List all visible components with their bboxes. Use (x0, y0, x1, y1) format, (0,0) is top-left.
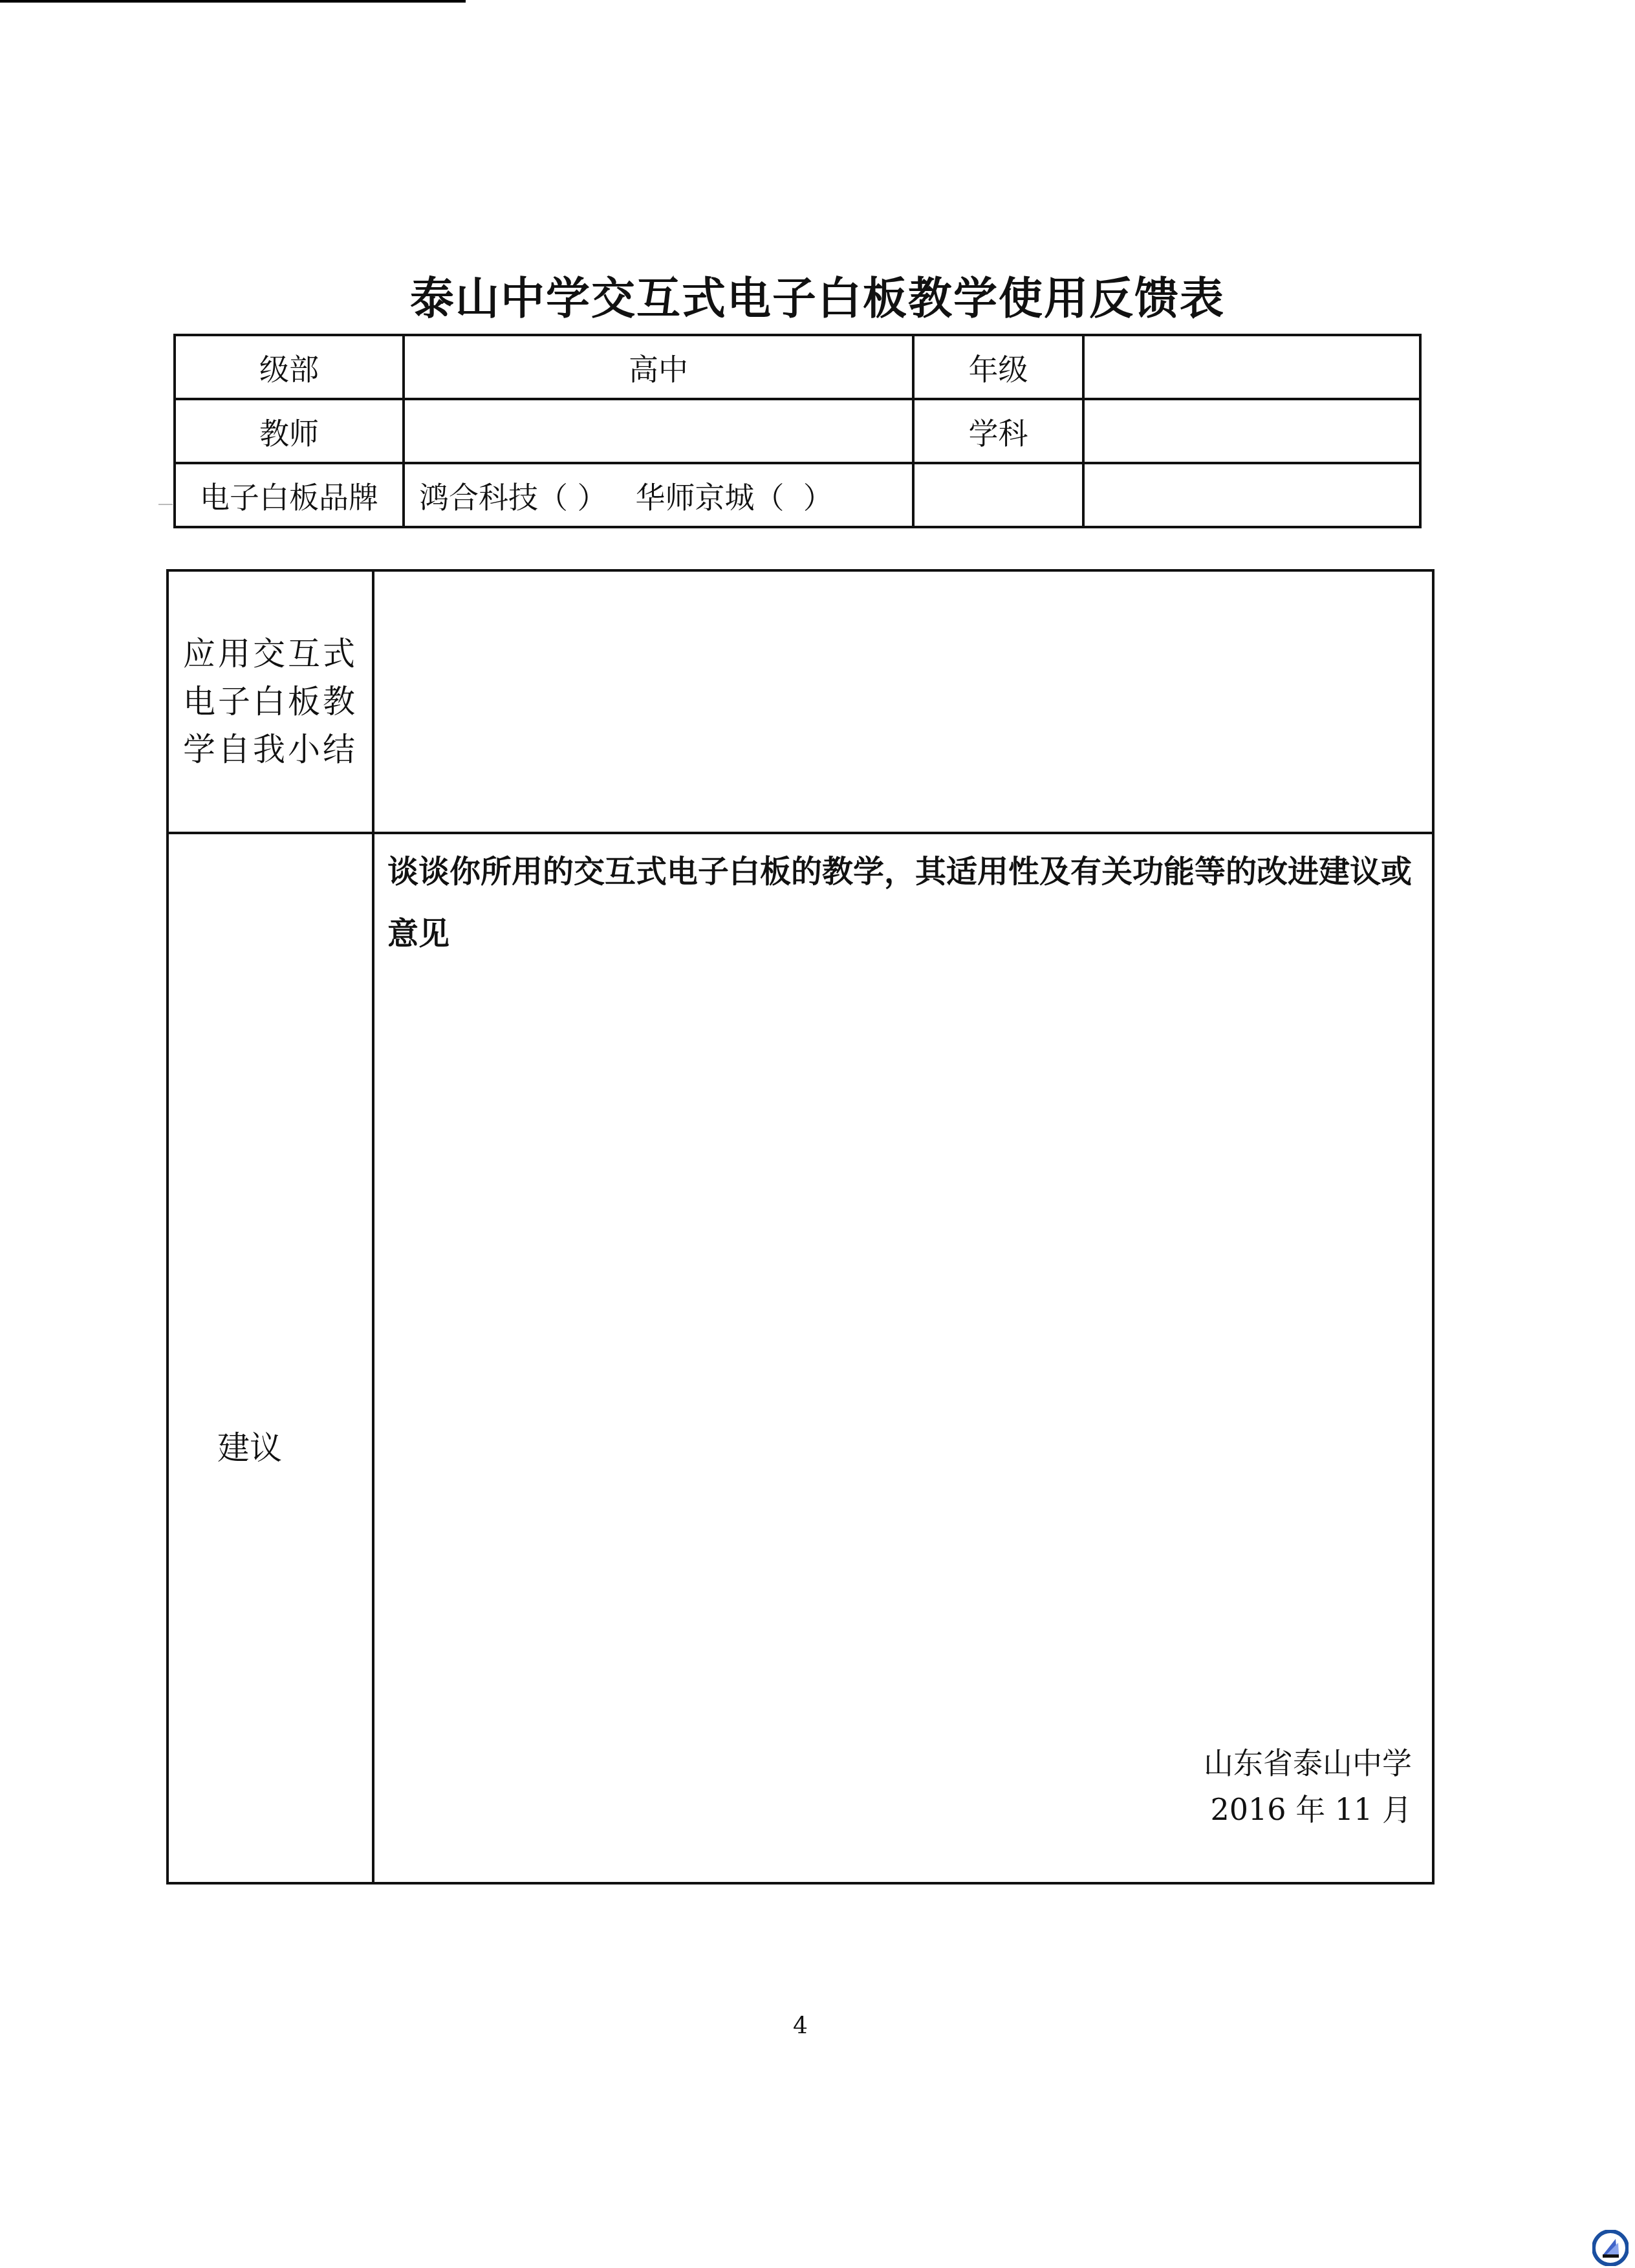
label-self-summary-line: 应用交互式 (183, 630, 372, 678)
page-number: 4 (793, 2013, 808, 2039)
empty-value-cell[interactable] (1083, 463, 1420, 527)
label-self-summary-line: 电子白板教 (183, 678, 372, 726)
feedback-table: 应用交互式 电子白板教 学自我小结 建议 谈谈你所用的交互式电子白板的教学，其适… (166, 569, 1435, 1885)
scan-edge-line (0, 0, 466, 3)
info-table: 级部 高中 年级 教师 学科 电子白板品牌 鸿合科技（ ） 华师京城（ ） (173, 334, 1422, 528)
label-whiteboard-brand: 电子白板品牌 (175, 463, 404, 527)
label-subject: 学科 (913, 399, 1083, 463)
value-subject[interactable] (1083, 399, 1420, 463)
label-grade: 年级 (913, 335, 1083, 399)
label-self-summary: 应用交互式 电子白板教 学自我小结 (168, 570, 373, 833)
value-grade-division[interactable]: 高中 (404, 335, 913, 399)
label-teacher: 教师 (175, 399, 404, 463)
suggestion-prompt[interactable]: 谈谈你所用的交互式电子白板的教学，其适用性及有关功能等的改进建议或意见 (373, 833, 1433, 1883)
label-self-summary-line: 学自我小结 (183, 726, 372, 773)
school-emblem-icon (1592, 2230, 1629, 2266)
footer-organization: 山东省泰山中学 (1204, 1740, 1412, 1786)
value-whiteboard-brand-options[interactable]: 鸿合科技（ ） 华师京城（ ） (404, 463, 913, 527)
label-grade-division: 级部 (175, 335, 404, 399)
table-row: 电子白板品牌 鸿合科技（ ） 华师京城（ ） (175, 463, 1420, 527)
document-title: 泰山中学交互式电子白板教学使用反馈表 (0, 264, 1635, 327)
table-row: 教师 学科 (175, 399, 1420, 463)
value-teacher[interactable] (404, 399, 913, 463)
footer-date: 2016 年 11 月 (1204, 1786, 1412, 1833)
footer: 山东省泰山中学 2016 年 11 月 (1204, 1740, 1412, 1833)
empty-label-cell (913, 463, 1083, 527)
scan-mark (158, 504, 173, 505)
table-row: 建议 谈谈你所用的交互式电子白板的教学，其适用性及有关功能等的改进建议或意见 (168, 833, 1433, 1883)
value-grade[interactable] (1083, 335, 1420, 399)
table-row: 级部 高中 年级 (175, 335, 1420, 399)
value-self-summary[interactable] (373, 570, 1433, 833)
table-row: 应用交互式 电子白板教 学自我小结 (168, 570, 1433, 833)
label-suggestion: 建议 (168, 833, 373, 1883)
